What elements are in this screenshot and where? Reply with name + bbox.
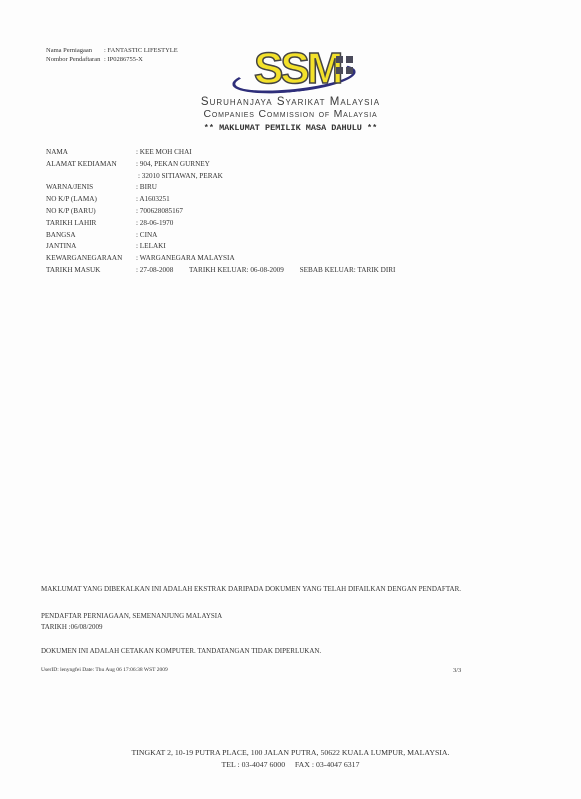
field-label: NO K/P (BARU) bbox=[46, 206, 136, 218]
field-label: WARNA/JENIS bbox=[46, 182, 136, 194]
computer-generated-note: DOKUMEN INI ADALAH CETAKAN KOMPUTER. TAN… bbox=[41, 647, 321, 655]
field-row: JANTINA: LELAKI bbox=[46, 241, 395, 253]
document-heading: ** MAKLUMAT PEMILIK MASA DAHULU ** bbox=[0, 123, 581, 133]
field-label: JANTINA bbox=[46, 241, 136, 253]
field-label: TARIKH MASUK bbox=[46, 265, 136, 277]
office-contact: TEL : 03-4047 6000 FAX : 03-4047 6317 bbox=[0, 760, 581, 769]
field-row: WARNA/JENIS: BIRU bbox=[46, 182, 395, 194]
ssm-logo: SSM bbox=[228, 48, 363, 98]
field-value: : WARGANEGARA MALAYSIA bbox=[136, 253, 235, 265]
logo-text: SSM bbox=[254, 46, 340, 92]
business-info: Nama Perniagaan : FANTASTIC LIFESTYLE No… bbox=[46, 46, 178, 64]
field-label: NAMA bbox=[46, 147, 136, 159]
document-page: Nama Perniagaan : FANTASTIC LIFESTYLE No… bbox=[0, 0, 581, 799]
field-row: TARIKH LAHIR: 28-06-1970 bbox=[46, 218, 395, 230]
field-label: KEWARGANEGARAAN bbox=[46, 253, 136, 265]
registration-number-row: Nombor Pendaftaran : IP0286755-X bbox=[46, 55, 178, 64]
exit-date: TARIKH KELUAR: 06-08-2009 bbox=[189, 266, 284, 274]
field-row: NAMA: KEE MOH CHAI bbox=[46, 147, 395, 159]
exit-reason: SEBAB KELUAR: TARIK DIRI bbox=[300, 266, 396, 274]
business-name-value: : FANTASTIC LIFESTYLE bbox=[104, 46, 178, 55]
entry-date: : 27-08-2008 bbox=[136, 266, 173, 274]
field-row: BANGSA: CINA bbox=[46, 230, 395, 242]
business-name-row: Nama Perniagaan : FANTASTIC LIFESTYLE bbox=[46, 46, 178, 55]
owner-details: NAMA: KEE MOH CHAI ALAMAT KEDIAMAN: 904,… bbox=[46, 147, 395, 277]
org-name-malay: Suruhanjaya Syarikat Malaysia bbox=[0, 96, 581, 108]
office-address: TINGKAT 2, 10-19 PUTRA PLACE, 100 JALAN … bbox=[0, 748, 581, 757]
registrar-name: PENDAFTAR PERNIAGAAN, SEMENANJUNG MALAYS… bbox=[41, 612, 222, 620]
field-value: : KEE MOH CHAI bbox=[136, 147, 192, 159]
user-id-line: UserID: lenyngfei Date: Thu Aug 06 17:06… bbox=[41, 667, 168, 673]
field-value: : 28-06-1970 bbox=[136, 218, 173, 230]
registration-number-value: : IP0286755-X bbox=[104, 55, 143, 64]
logo-dots-icon bbox=[336, 56, 354, 74]
field-label: BANGSA bbox=[46, 230, 136, 242]
business-name-label: Nama Perniagaan bbox=[46, 46, 104, 55]
field-row: KEWARGANEGARAAN: WARGANEGARA MALAYSIA bbox=[46, 253, 395, 265]
field-row: NO K/P (LAMA): A1603251 bbox=[46, 194, 395, 206]
field-value: : CINA bbox=[136, 230, 157, 242]
field-value: : LELAKI bbox=[136, 241, 166, 253]
field-value: : BIRU bbox=[136, 182, 157, 194]
page-number: 3/3 bbox=[453, 667, 461, 674]
field-value: : 700628085167 bbox=[136, 206, 183, 218]
org-name-english: Companies Commission of Malaysia bbox=[0, 108, 581, 120]
field-value: : A1603251 bbox=[136, 194, 170, 206]
field-row: NO K/P (BARU): 700628085167 bbox=[46, 206, 395, 218]
field-label: ALAMAT KEDIAMAN bbox=[46, 159, 136, 171]
extract-note: MAKLUMAT YANG DIBEKALKAN INI ADALAH EKST… bbox=[41, 585, 461, 593]
issue-date: TARIKH :06/08/2009 bbox=[41, 623, 102, 631]
field-value: : 32010 SITIAWAN, PERAK bbox=[136, 171, 223, 183]
field-label: TARIKH LAHIR bbox=[46, 218, 136, 230]
field-row: ALAMAT KEDIAMAN: 904, PEKAN GURNEY bbox=[46, 159, 395, 171]
registration-number-label: Nombor Pendaftaran bbox=[46, 55, 104, 64]
field-row: : 32010 SITIAWAN, PERAK bbox=[46, 171, 395, 183]
field-label: NO K/P (LAMA) bbox=[46, 194, 136, 206]
field-value: : 904, PEKAN GURNEY bbox=[136, 159, 210, 171]
field-label bbox=[46, 171, 136, 183]
tarikh-masuk-row: TARIKH MASUK : 27-08-2008 TARIKH KELUAR:… bbox=[46, 265, 395, 277]
